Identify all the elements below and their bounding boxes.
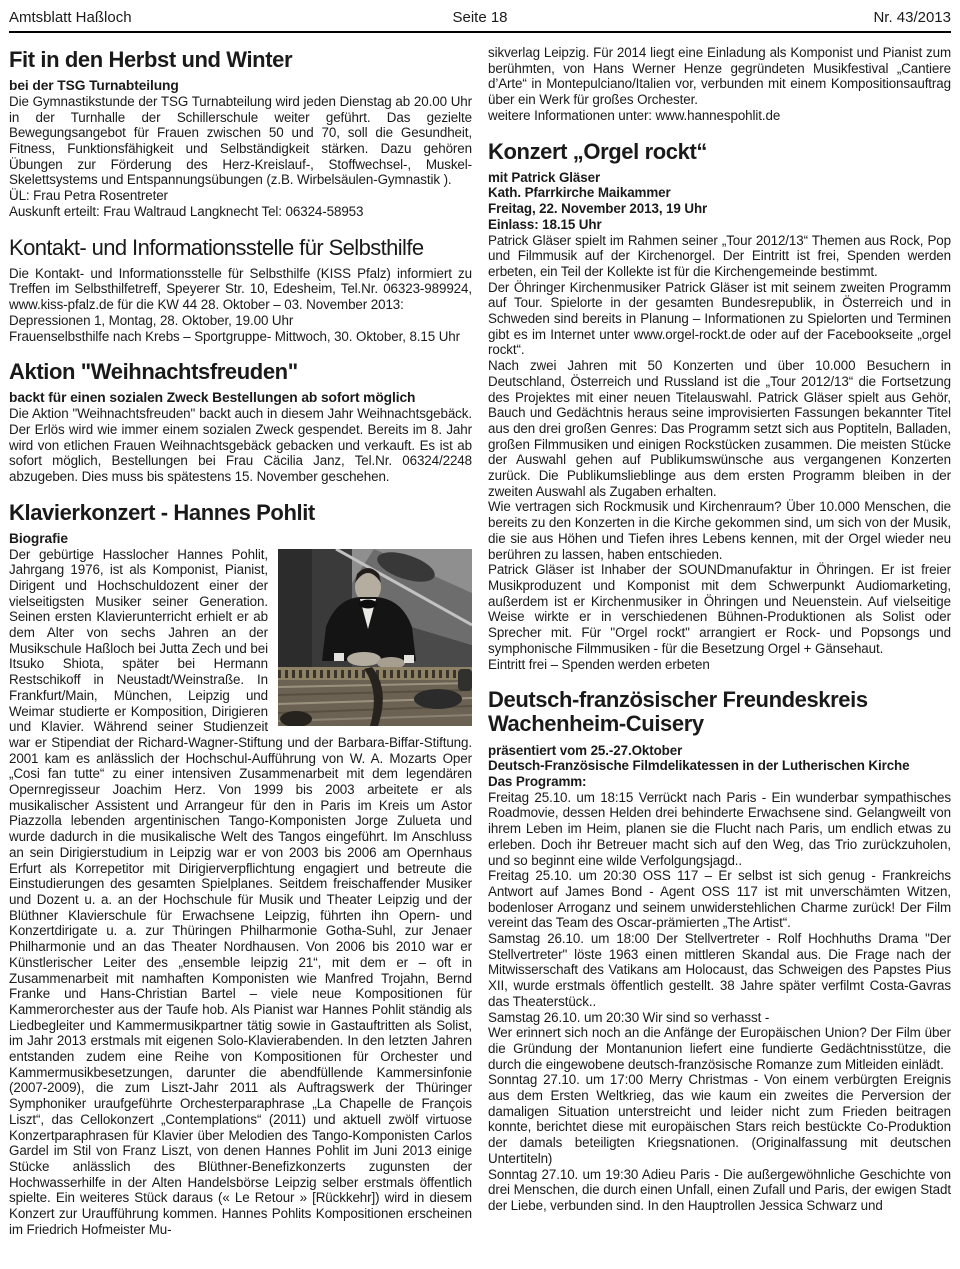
section-tsg: Fit in den Herbst und Winter bei der TSG… (9, 48, 472, 220)
kiss-event-1: Depressionen 1, Montag, 28. Oktober, 19.… (9, 313, 472, 329)
tsg-leader-line: ÜL: Frau Petra Rosentreter (9, 188, 472, 204)
masthead-title: Amtsblatt Haßloch (9, 9, 323, 27)
newspaper-page: Amtsblatt Haßloch Seite 18 Nr. 43/2013 F… (0, 0, 960, 1269)
program-entry: Sonntag 27.10. um 19:30 Adieu Paris - Di… (488, 1167, 951, 1214)
klavierkonzert-subtitle: Biografie (9, 531, 472, 547)
right-column: sikverlag Leipzig. Für 2014 liegt eine E… (488, 45, 951, 1237)
biography-block: Der gebürtige Hasslocher Hannes Pohlit, … (9, 547, 472, 1238)
orgel-detail-venue: Kath. Pfarrkirche Maikammer (488, 185, 951, 201)
kiss-title: Kontakt- und Informationsstelle für Selb… (9, 236, 472, 260)
orgel-detail-date: Freitag, 22. November 2013, 19 Uhr (488, 201, 951, 217)
orgel-paragraph: Patrick Gläser spielt im Rahmen seiner „… (488, 233, 951, 280)
klavierkonzert-title: Klavierkonzert - Hannes Pohlit (9, 501, 472, 525)
section-klavierkonzert-continued: sikverlag Leipzig. Für 2014 liegt eine E… (488, 45, 951, 124)
section-kiss: Kontakt- und Informationsstelle für Selb… (9, 236, 472, 345)
orgel-closing-line: Eintritt frei – Spenden werden erbeten (488, 657, 951, 673)
freundeskreis-intro-program: Das Programm: (488, 774, 951, 790)
freundeskreis-title: Deutsch-französischer Freundeskreis Wach… (488, 688, 951, 736)
kiss-body: Die Kontakt- und Informationsstelle für … (9, 266, 472, 313)
website-info-line: weitere Informationen unter: www.hannesp… (488, 108, 951, 124)
program-entry: Sonntag 27.10. um 17:00 Merry Christmas … (488, 1072, 951, 1166)
tsg-contact-line: Auskunft erteilt: Frau Waltraud Langknec… (9, 204, 472, 220)
kiss-event-2: Frauenselbsthilfe nach Krebs – Sportgrup… (9, 329, 472, 345)
freundeskreis-intro-dates: präsentiert vom 25.-27.Oktober (488, 743, 951, 759)
section-orgel-rockt: Konzert „Orgel rockt“ mit Patrick Gläser… (488, 140, 951, 673)
orgel-paragraph: Wie vertragen sich Rockmusik und Kirchen… (488, 499, 951, 562)
left-column: Fit in den Herbst und Winter bei der TSG… (9, 45, 472, 1237)
program-entry: Wer erinnert sich noch an die Anfänge de… (488, 1025, 951, 1072)
program-entry: Samstag 26.10. um 20:30 Wir sind so verh… (488, 1010, 951, 1026)
program-entry: Freitag 25.10. um 20:30 OSS 117 – Er sel… (488, 868, 951, 931)
masthead: Amtsblatt Haßloch Seite 18 Nr. 43/2013 (9, 6, 951, 33)
masthead-issue-number: Nr. 43/2013 (637, 9, 951, 27)
freundeskreis-intro-event: Deutsch-Französische Filmdelikatessen in… (488, 758, 951, 774)
tsg-subtitle: bei der TSG Turnabteilung (9, 78, 472, 94)
section-freundeskreis: Deutsch-französischer Freundeskreis Wach… (488, 688, 951, 1213)
masthead-page-number: Seite 18 (323, 9, 637, 27)
program-entry: Samstag 26.10. um 18:00 Der Stellvertret… (488, 931, 951, 1010)
orgel-paragraph: Patrick Gläser ist Inhaber der SOUNDmanu… (488, 562, 951, 656)
weihnachtsfreuden-subtitle: backt für einen sozialen Zweck Bestellun… (9, 390, 472, 406)
weihnachtsfreuden-title: Aktion "Weihnachtsfreuden" (9, 360, 472, 384)
program-entry: Freitag 25.10. um 18:15 Verrückt nach Pa… (488, 790, 951, 869)
orgel-paragraph: Der Öhringer Kirchenmusiker Patrick Gläs… (488, 280, 951, 359)
pianist-photo (278, 549, 472, 726)
orgel-rockt-title: Konzert „Orgel rockt“ (488, 140, 951, 164)
biography-continued-text: sikverlag Leipzig. Für 2014 liegt eine E… (488, 45, 951, 108)
section-klavierkonzert: Klavierkonzert - Hannes Pohlit Biografie (9, 501, 472, 1238)
content-columns: Fit in den Herbst und Winter bei der TSG… (9, 45, 951, 1237)
orgel-paragraph: Nach zwei Jahren mit 50 Konzerten und üb… (488, 358, 951, 499)
weihnachtsfreuden-body: Die Aktion "Weihnachtsfreuden" backt auc… (9, 406, 472, 485)
tsg-title: Fit in den Herbst und Winter (9, 48, 472, 72)
tsg-body: Die Gymnastikstunde der TSG Turnabteilun… (9, 94, 472, 188)
orgel-detail-admission: Einlass: 18.15 Uhr (488, 217, 951, 233)
orgel-detail-artist: mit Patrick Gläser (488, 170, 951, 186)
section-weihnachtsfreuden: Aktion "Weihnachtsfreuden" backt für ein… (9, 360, 472, 484)
